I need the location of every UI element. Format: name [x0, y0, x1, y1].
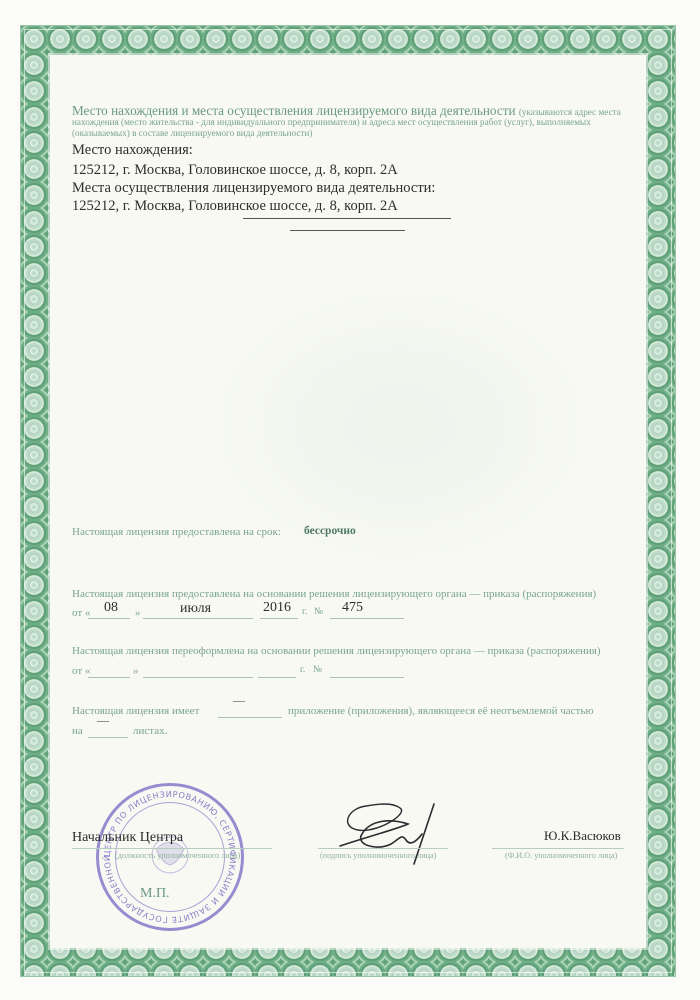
- seal-mark-label: М.П.: [140, 886, 170, 902]
- appendix-suffix: приложение (приложения), являющееся её н…: [288, 705, 594, 717]
- sheets-count: —: [97, 713, 109, 728]
- grant-day: 08: [104, 600, 118, 616]
- activity-label: Места осуществления лицензируемого вида …: [72, 180, 435, 197]
- sheets-count-line: [88, 737, 128, 738]
- address-underline-1: [243, 218, 451, 219]
- grant-number-line: [330, 618, 404, 619]
- grant-year: 2016: [263, 600, 291, 616]
- name-line: [492, 848, 624, 849]
- reissue-quote-close: »: [133, 665, 139, 677]
- location-value: 125212, г. Москва, Головинское шоссе, д.…: [72, 162, 398, 179]
- name-caption: (Ф.И.О. уполномоченного лица): [505, 851, 617, 860]
- reissue-from-label: от «: [72, 665, 90, 677]
- signature-line: [318, 848, 448, 849]
- term-value: бессрочно: [304, 525, 356, 537]
- signer-name: Ю.К.Васюков: [544, 828, 621, 844]
- grant-number: 475: [342, 600, 363, 616]
- address-underline-2: [290, 230, 405, 231]
- grant-month: июля: [180, 601, 211, 617]
- reissue-year-suffix: г.: [300, 665, 305, 675]
- reissue-day-line: [88, 677, 130, 678]
- grant-year-line: [260, 618, 298, 619]
- grant-number-label: №: [314, 607, 323, 617]
- position-line: [72, 848, 272, 849]
- term-label: Настоящая лицензия предоставлена на срок…: [72, 526, 281, 538]
- grant-text: Настоящая лицензия предоставлена на осно…: [72, 588, 596, 600]
- reissue-text: Настоящая лицензия переоформлена на осно…: [72, 645, 601, 657]
- activity-value: 125212, г. Москва, Головинское шоссе, д.…: [72, 198, 398, 215]
- signer-position: Начальник Центра: [72, 830, 183, 846]
- reissue-month-line: [143, 677, 253, 678]
- watermark-emblem: [210, 285, 590, 565]
- reissue-year-line: [258, 677, 296, 678]
- appendix-count-line: [218, 717, 282, 718]
- header-title-text: Место нахождения и места осуществления л…: [72, 103, 516, 118]
- location-label: Место нахождения:: [72, 142, 193, 159]
- reissue-number-label: №: [313, 665, 322, 675]
- grant-month-line: [143, 618, 253, 619]
- grant-day-line: [88, 618, 130, 619]
- reissue-number-line: [330, 677, 404, 678]
- signature-caption: (подпись уполномоченного лица): [320, 851, 436, 860]
- header-note-3: (оказываемых) в составе лицензируемого в…: [72, 128, 312, 138]
- appendix-count: —: [233, 693, 245, 708]
- position-caption: (должность уполномоченного лица): [115, 851, 240, 860]
- header-note-1: (указываются адрес места: [519, 107, 621, 117]
- grant-year-suffix: г.: [302, 607, 307, 617]
- sheets-prefix: на: [72, 725, 83, 737]
- sheets-suffix: листах.: [133, 725, 167, 737]
- grant-quote-close: »: [135, 607, 141, 619]
- appendix-prefix: Настоящая лицензия имеет: [72, 705, 199, 717]
- header-note-2: нахождения (место жительства - для индив…: [72, 117, 591, 127]
